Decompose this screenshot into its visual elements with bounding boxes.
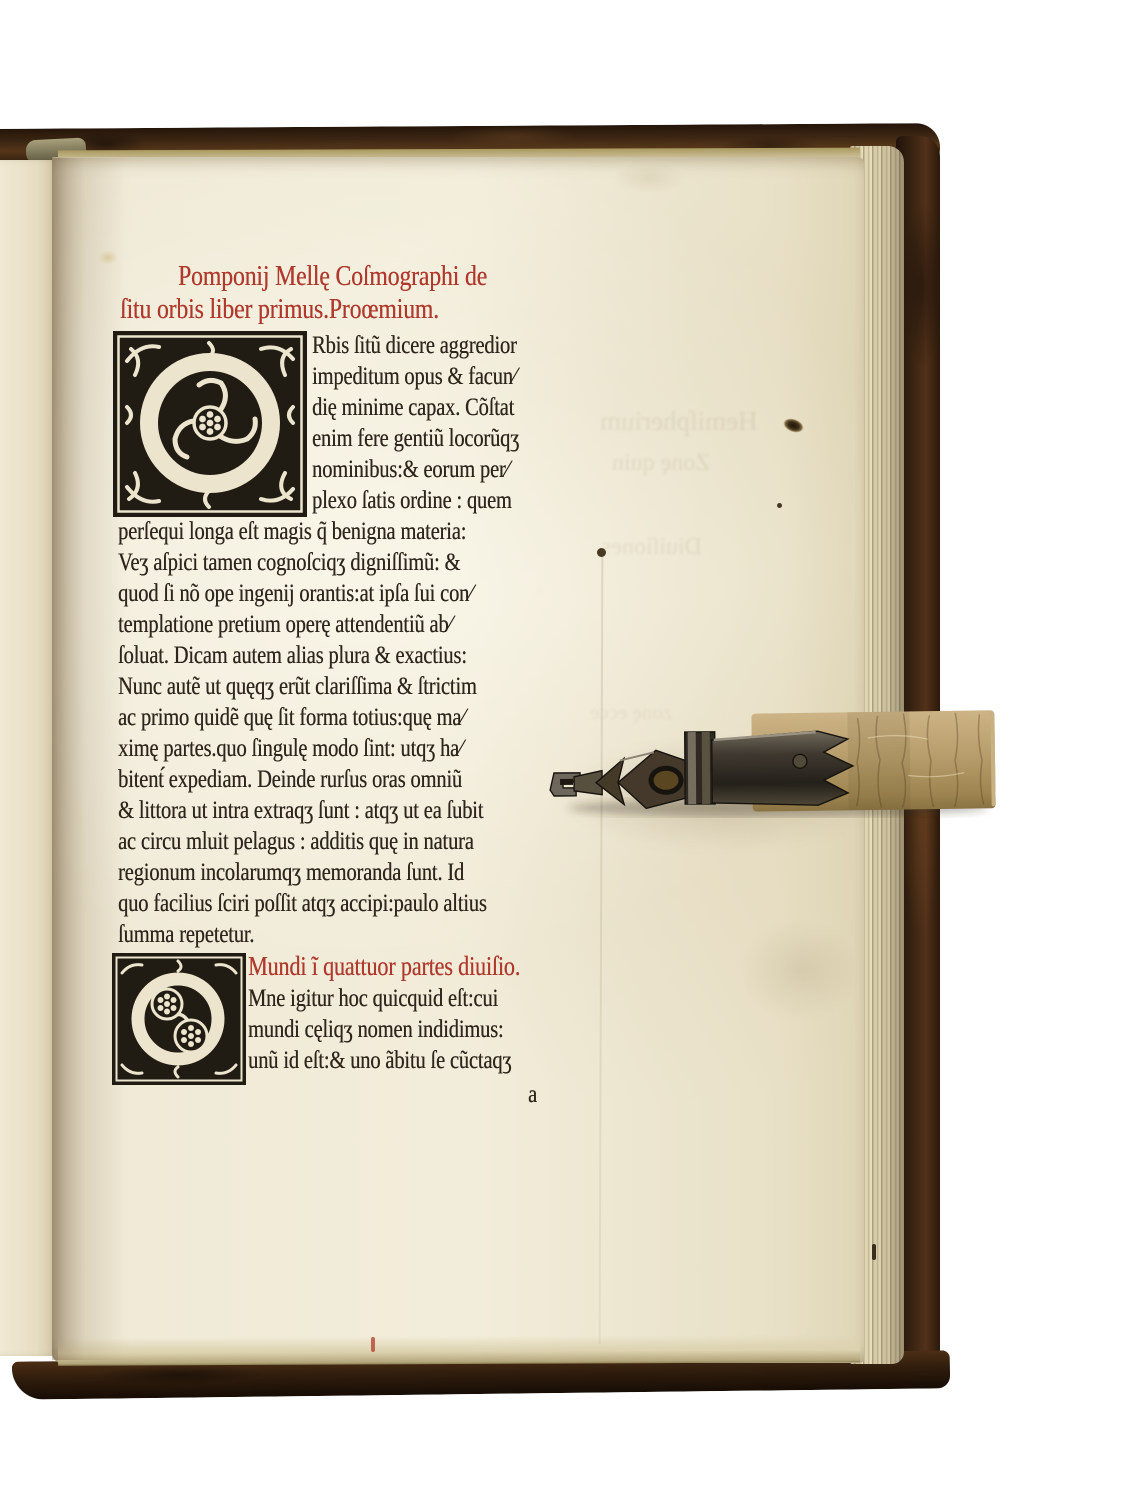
body-line: quo facilius ſciri poſſit atqʒ accipi:pa… [118, 891, 487, 916]
body-line: ſoluat. Dicam autem alias plura & exacti… [118, 643, 467, 668]
rubric-line-1: Pomponij Mellę Coſmographi de [178, 262, 487, 291]
show-through-text: Hemiſpherium [600, 406, 757, 437]
book-photograph: Hemiſpherium Zonę quin Diuiſiones zonę e… [0, 0, 1124, 1500]
body-line: perſequi longa eſt magis q̃ benigna mate… [118, 519, 466, 544]
rubric-line-2: ſitu orbis liber primus.Proœmium. [120, 295, 439, 324]
decorated-initial-O-large [113, 331, 307, 517]
body-line: plexo ſatis ordine : quem [312, 488, 512, 513]
body-line: nominibus:& eorum per∕ [312, 457, 509, 482]
body-line: ſumma repetetur. [118, 922, 254, 947]
body-line: & littora ut intra extraqʒ ſunt : atqʒ u… [118, 798, 483, 823]
book-clasp [548, 698, 1000, 818]
facing-page-gutter [0, 160, 60, 1356]
body-line: impeditum opus & facun∕ [312, 364, 516, 389]
body-line: Nunc autẽ ut quęqʒ erũt clariſſima & ſtr… [118, 674, 477, 699]
rubric-chapter: Mundi ĩ quattuor partes diuiſio. [248, 953, 520, 980]
body-line: ac primo quidẽ quę ſit forma totius:quę … [118, 705, 465, 730]
ink-speck [777, 503, 782, 508]
fore-edge-mark [872, 1244, 876, 1260]
stain [740, 918, 860, 1022]
body-line: bitent́ expediam. Deinde rurſus oras omn… [118, 767, 462, 792]
body-line: Mne igitur hoc quicquid eſt:cui [248, 986, 498, 1011]
body-line: mundi cęliqʒ nomen indidimus: [248, 1017, 503, 1042]
body-line: ximę partes.quo ſingulę modo ſint: utqʒ … [118, 736, 462, 761]
body-line: Rbis ſitũ dicere aggredior [312, 333, 517, 358]
body-line: enim fere gentiũ locorũqʒ [312, 426, 519, 451]
clasp-hook-metal [550, 731, 854, 809]
body-line: quod ſi nõ ope ingenij orantis:at ipſa ſ… [118, 581, 472, 606]
body-line: ac circu mluit pelagus : additis quę in … [118, 829, 474, 854]
red-ink-mark [371, 1337, 375, 1352]
show-through-text: Zonę quin [612, 450, 710, 477]
body-line: Veʒ aſpici tamen cognoſciqʒ digniſſimũ: … [118, 550, 460, 575]
page-bottom-edge [58, 1334, 860, 1365]
stain [98, 250, 118, 265]
show-through-text: Diuiſiones [602, 534, 702, 561]
body-line: unũ id eſt:& uno ãbitu ſe cũctaqʒ [248, 1048, 511, 1073]
body-line: regionum incolarumqʒ memoranda ſunt. Id [118, 860, 464, 885]
body-line: dię minime capax. Cõſtat [312, 395, 514, 420]
signature-mark: a [528, 1082, 537, 1107]
decorated-initial-O-small [112, 953, 246, 1085]
stain [612, 163, 686, 193]
body-line: templatione pretium operę attendentiũ ab… [118, 612, 452, 637]
